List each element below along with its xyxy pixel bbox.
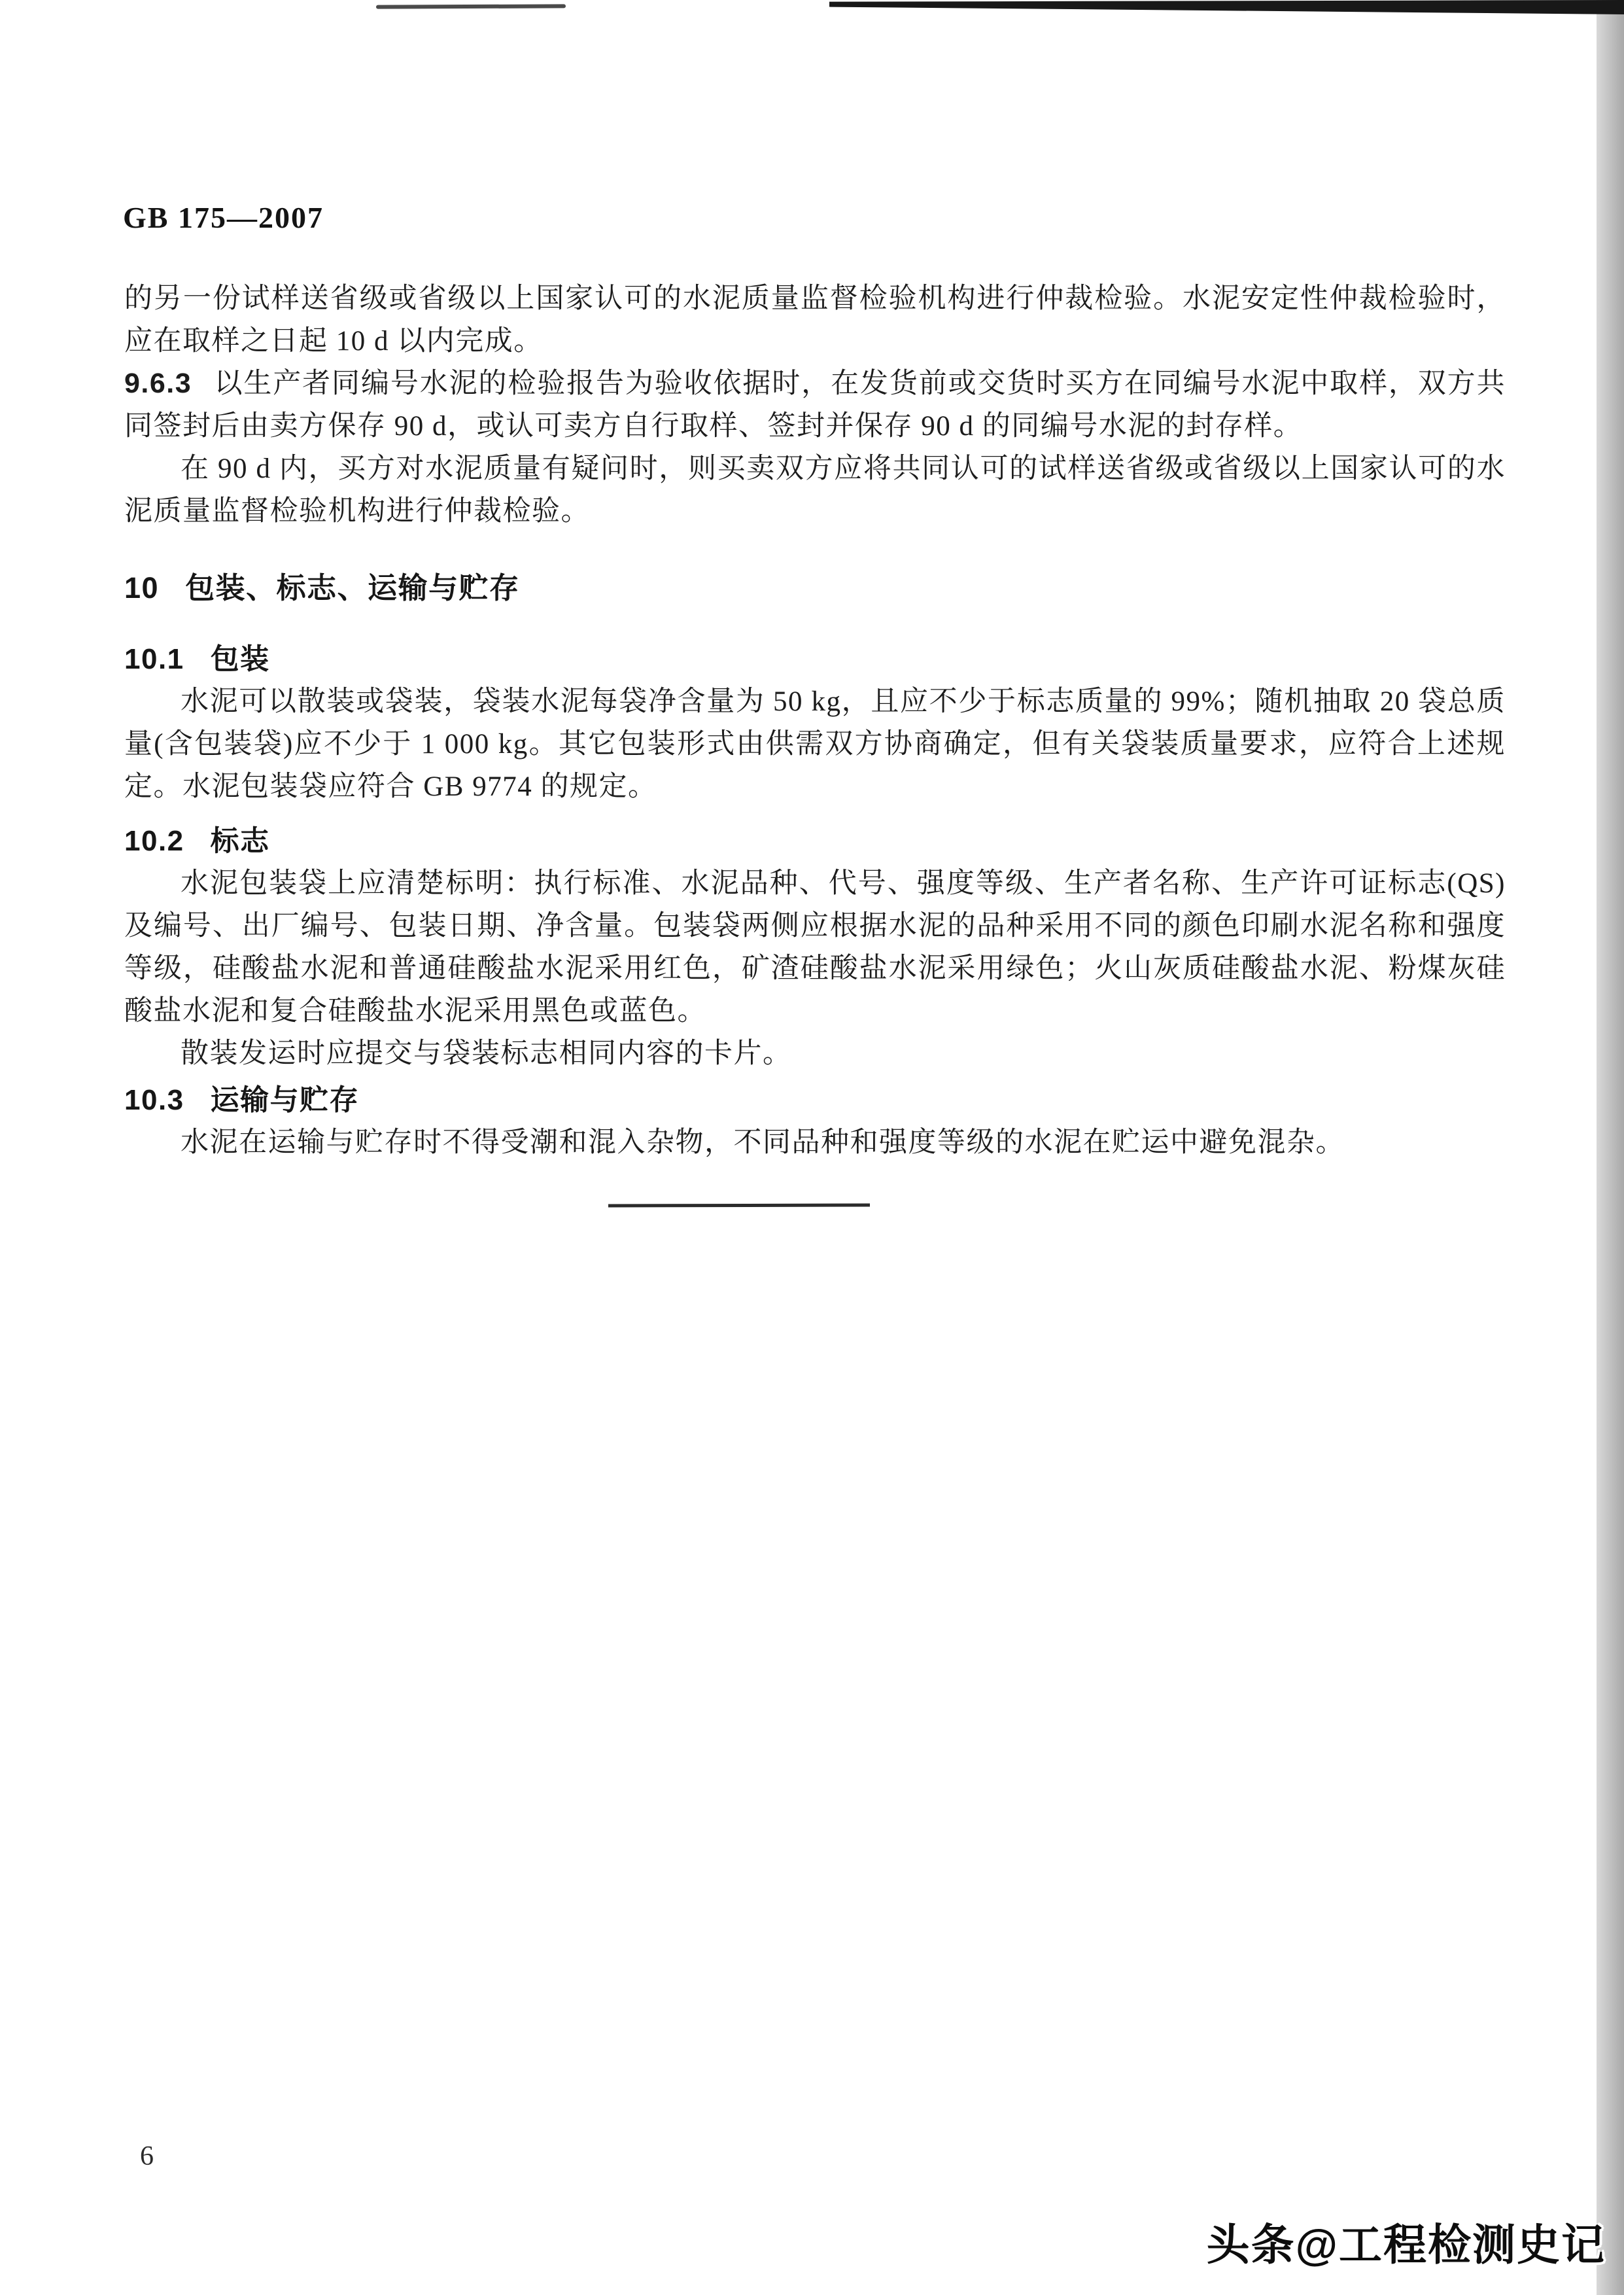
section-title: 包装 — [211, 643, 270, 675]
section-10-1-heading: 10.1包装 — [124, 638, 1506, 680]
page-number: 6 — [140, 2141, 154, 2172]
section-title: 运输与贮存 — [211, 1084, 360, 1116]
standard-number: GB 175—2007 — [123, 200, 324, 235]
clause-number: 9.6.3 — [124, 368, 192, 399]
paragraph-marking: 水泥包装袋上应清楚标明：执行标准、水泥品种、代号、强度等级、生产者名称、生产许可… — [124, 862, 1506, 1032]
paragraph-text: 水泥在运输与贮存时不得受潮和混入杂物，不同品种和强度等级的水泥在贮运中避免混杂。 — [181, 1127, 1345, 1158]
paragraph-text: 以生产者同编号水泥的检验报告为验收依据时，在发货前或交货时买方在同编号水泥中取样… — [124, 368, 1506, 442]
paragraph-bulk-card: 散装发运时应提交与袋装标志相同内容的卡片。 — [124, 1032, 1506, 1075]
scan-artifact-top-line — [376, 4, 566, 9]
paragraph-text: 在 90 d 内，买方对水泥质量有疑问时，则买卖双方应将共同认可的试样送省级或省… — [124, 453, 1506, 527]
section-10-3-heading: 10.3运输与贮存 — [124, 1079, 1506, 1121]
section-title: 包装、标志、运输与贮存 — [185, 571, 520, 604]
section-number: 10 — [124, 571, 159, 604]
scanned-standard-page: { "page": { "standard_number": "GB 175—2… — [0, 0, 1624, 2295]
section-number: 10.1 — [124, 643, 184, 675]
clause-9-6-3: 9.6.3以生产者同编号水泥的检验报告为验收依据时，在发货前或交货时买方在同编号… — [124, 362, 1506, 447]
section-number: 10.3 — [124, 1084, 184, 1116]
document-body: 的另一份试样送省级或省级以上国家认可的水泥质量监督检验机构进行仲裁检验。水泥安定… — [124, 277, 1506, 1164]
section-10-heading: 10包装、标志、运输与贮存 — [124, 567, 1506, 609]
section-title: 标志 — [211, 825, 270, 857]
section-number: 10.2 — [124, 825, 184, 857]
paragraph-arbitration-continued: 的另一份试样送省级或省级以上国家认可的水泥质量监督检验机构进行仲裁检验。水泥安定… — [124, 277, 1506, 362]
section-10-2-heading: 10.2标志 — [124, 820, 1506, 862]
watermark-text: 头条@工程检测史记 — [1207, 2210, 1606, 2272]
paragraph-packaging: 水泥可以散装或袋装，袋装水泥每袋净含量为 50 kg，且应不少于标志质量的 99… — [124, 680, 1506, 808]
scan-edge-strip — [1597, 0, 1624, 2295]
paragraph-text: 水泥包装袋上应清楚标明：执行标准、水泥品种、代号、强度等级、生产者名称、生产许可… — [124, 868, 1506, 1026]
paragraph-text: 水泥可以散装或袋装，袋装水泥每袋净含量为 50 kg，且应不少于标志质量的 99… — [124, 686, 1506, 802]
paragraph-transport-storage: 水泥在运输与贮存时不得受潮和混入杂物，不同品种和强度等级的水泥在贮运中避免混杂。 — [124, 1121, 1506, 1164]
paragraph-text: 散装发运时应提交与袋装标志相同内容的卡片。 — [181, 1038, 792, 1069]
paragraph-90d-dispute: 在 90 d 内，买方对水泥质量有疑问时，则买卖双方应将共同认可的试样送省级或省… — [124, 447, 1506, 533]
paragraph-text: 的另一份试样送省级或省级以上国家认可的水泥质量监督检验机构进行仲裁检验。水泥安定… — [124, 283, 1506, 357]
scan-artifact-top-bar — [829, 0, 1624, 14]
section-end-divider — [608, 1203, 870, 1207]
